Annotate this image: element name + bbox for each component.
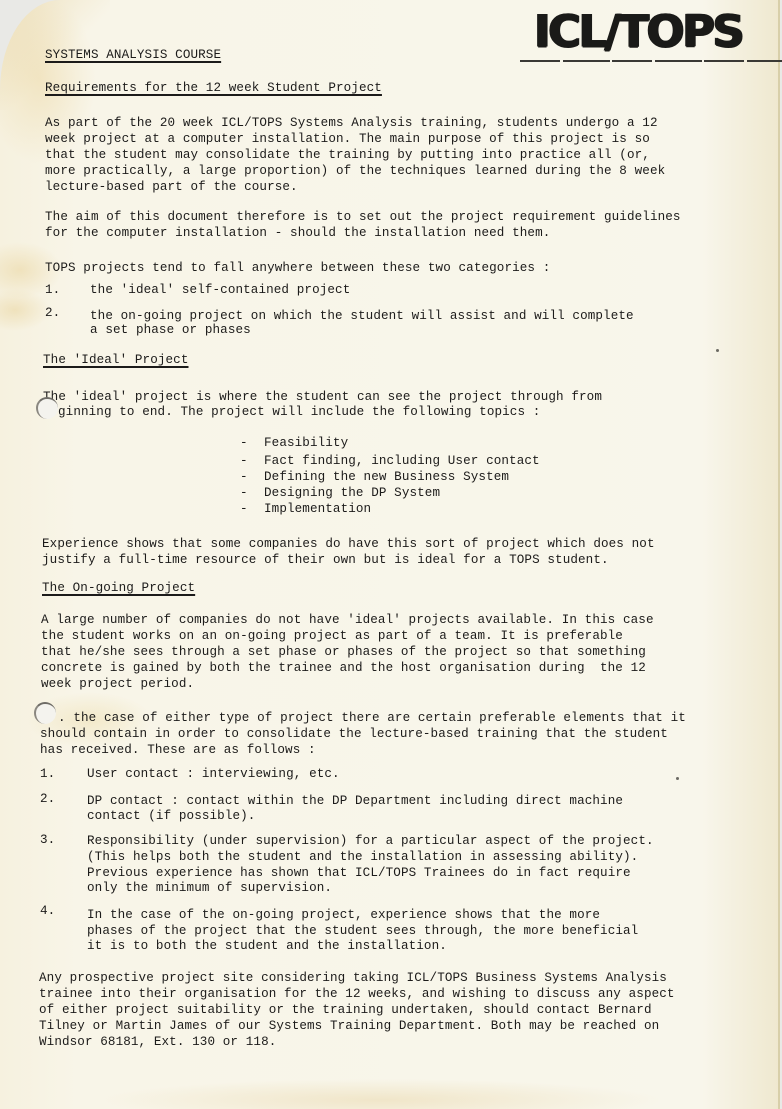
course-title: SYSTEMS ANALYSIS COURSE (45, 48, 221, 64)
element-text: DP contact : contact within the DP Depar… (87, 794, 623, 810)
ideal-line: The 'ideal' project is where the student… (43, 390, 602, 406)
punch-hole (34, 702, 56, 724)
document-title: Requirements for the 12 week Student Pro… (45, 81, 382, 97)
topic-bullet: - (240, 436, 248, 452)
ongoing-line: that he/she sees through a set phase or … (41, 645, 646, 661)
ideal-project-heading: The 'Ideal' Project (43, 353, 189, 369)
element-text: (This helps both the student and the ins… (87, 850, 638, 866)
topic-bullet: - (240, 454, 248, 470)
categories-intro: TOPS projects tend to fall anywhere betw… (45, 261, 550, 277)
category-text: the 'ideal' self-contained project (90, 283, 350, 299)
topic-item: Feasibility (264, 436, 348, 452)
contact-line: Tilney or Martin James of our Systems Tr… (39, 1019, 659, 1035)
speck (676, 777, 679, 780)
element-number: 3. (40, 833, 55, 849)
document-page: ICL/TOPS SYSTEMS ANALYSIS COURSE Require… (0, 0, 782, 1109)
element-text: contact (if possible). (87, 809, 255, 825)
contact-line: trainee into their organisation for the … (39, 987, 675, 1003)
speck (716, 349, 719, 352)
topic-item: Designing the DP System (264, 486, 440, 502)
intro-line: that the student may consolidate the tra… (45, 148, 650, 164)
elements-intro-line: should contain in order to consolidate t… (40, 727, 668, 743)
ideal-line: ginning to end. The project will include… (58, 405, 540, 421)
closing-line: Experience shows that some companies do … (42, 537, 655, 553)
topic-item: Implementation (264, 502, 371, 518)
topic-bullet: - (240, 470, 248, 486)
ongoing-line: A large number of companies do not have … (41, 613, 654, 629)
ongoing-line: the student works on an on-going project… (41, 629, 623, 645)
aim-line: The aim of this document therefore is to… (45, 210, 681, 226)
ongoing-project-heading: The On-going Project (42, 581, 195, 597)
closing-line: justify a full-time resource of their ow… (42, 553, 609, 569)
contact-line: Windsor 68181, Ext. 130 or 118. (39, 1035, 276, 1051)
category-number: 2. (45, 306, 60, 322)
intro-line: more practically, a large proportion) of… (45, 164, 665, 180)
element-text: it is to both the student and the instal… (87, 939, 447, 955)
topic-item: Fact finding, including User contact (264, 454, 540, 470)
category-text: a set phase or phases (90, 323, 251, 339)
logo-rule (520, 60, 782, 62)
intro-line: week project at a computer installation.… (45, 132, 650, 148)
element-text: phases of the project that the student s… (87, 924, 638, 940)
element-text: In the case of the on-going project, exp… (87, 908, 600, 924)
element-number: 2. (40, 792, 55, 808)
element-text: only the minimum of supervision. (87, 881, 332, 897)
element-number: 1. (40, 767, 55, 783)
contact-line: Any prospective project site considering… (39, 971, 667, 987)
element-text: Responsibility (under supervision) for a… (87, 834, 654, 850)
ongoing-line: concrete is gained by both the trainee a… (41, 661, 646, 677)
category-number: 1. (45, 283, 60, 299)
contact-line: of either project suitability or the tra… (39, 1003, 652, 1019)
topic-bullet: - (240, 502, 248, 518)
intro-line: As part of the 20 week ICL/TOPS Systems … (45, 116, 658, 132)
intro-line: lecture-based part of the course. (45, 180, 298, 196)
ongoing-line: week project period. (41, 677, 194, 693)
elements-intro-line: . the case of either type of project the… (58, 711, 686, 727)
element-text: User contact : interviewing, etc. (87, 767, 340, 783)
icl-tops-logo: ICL/TOPS (534, 10, 742, 55)
element-text: Previous experience has shown that ICL/T… (87, 866, 631, 882)
punch-hole (36, 397, 58, 419)
topic-bullet: - (240, 486, 248, 502)
aim-line: for the computer installation - should t… (45, 226, 550, 242)
elements-intro-line: has received. These are as follows : (40, 743, 316, 759)
element-number: 4. (40, 904, 55, 920)
topic-item: Defining the new Business System (264, 470, 509, 486)
